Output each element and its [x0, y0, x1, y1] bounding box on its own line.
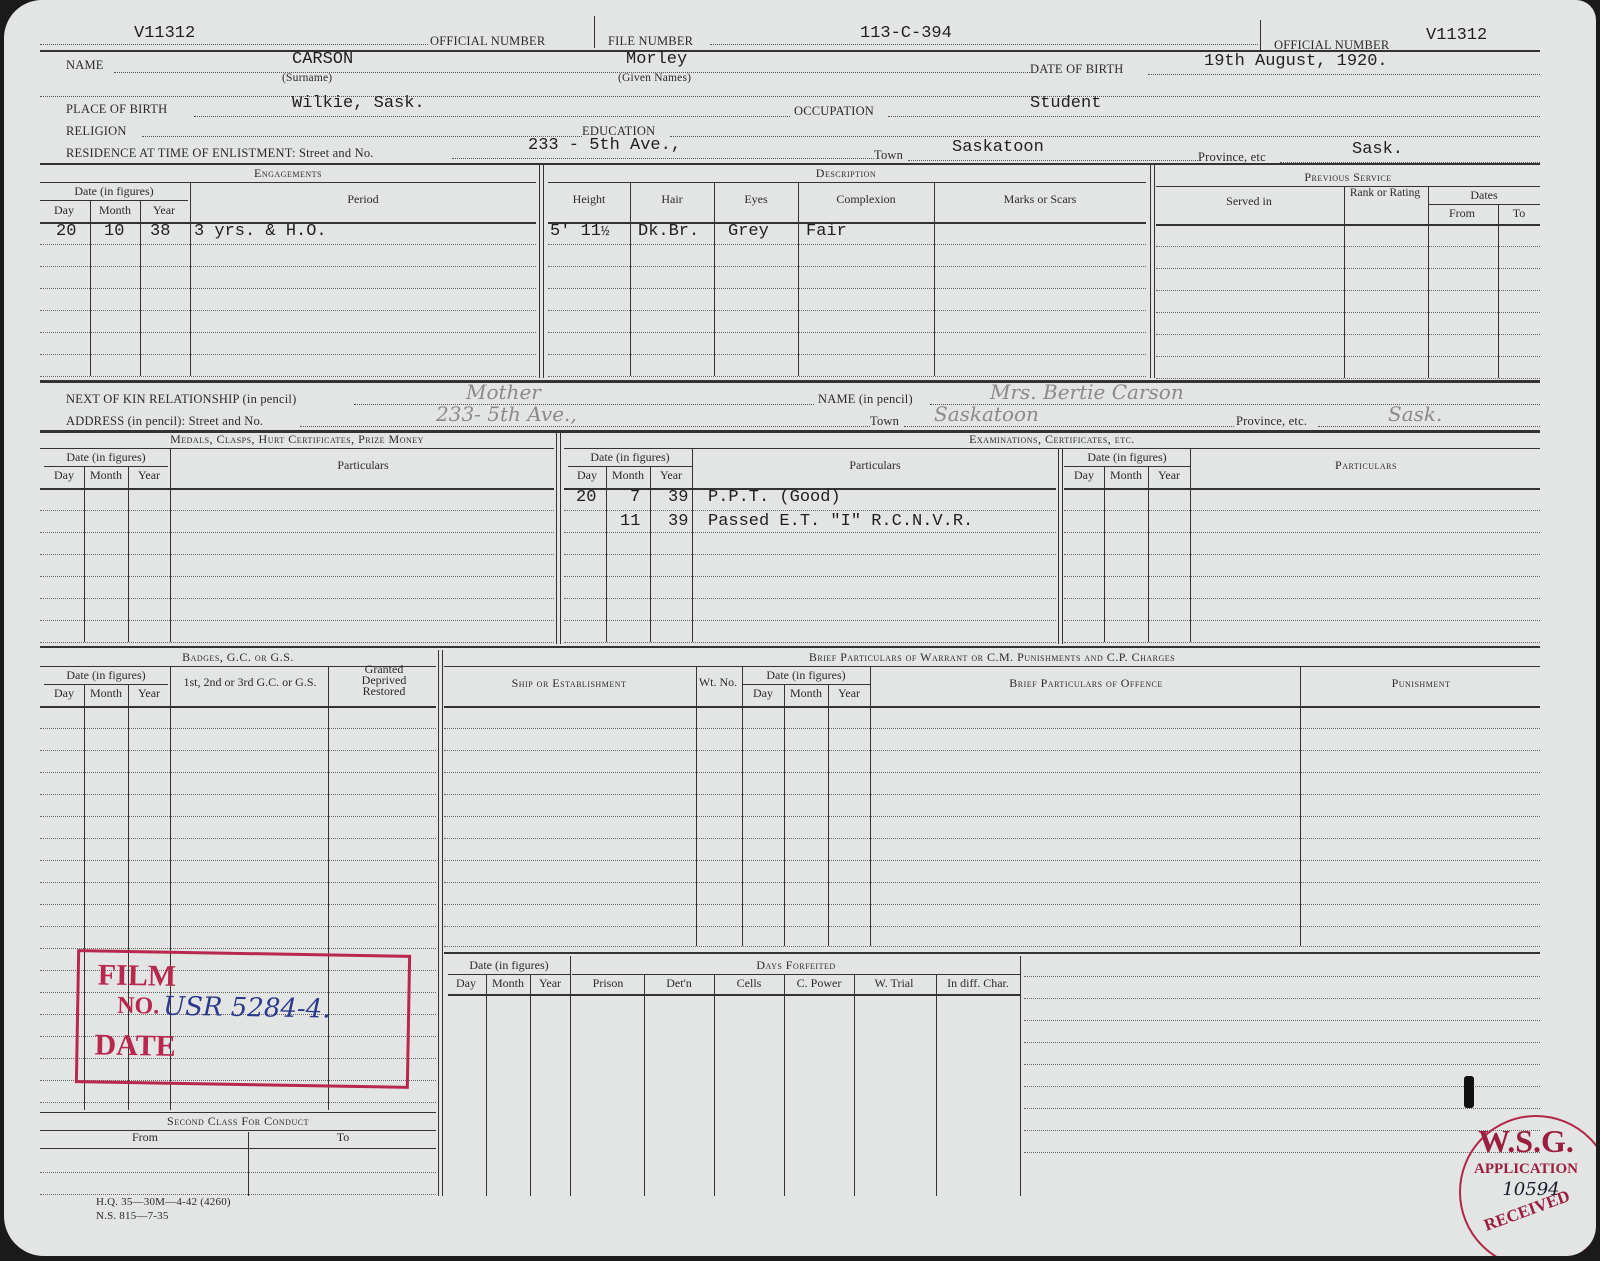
col-divider [530, 974, 531, 1196]
rule [448, 994, 1020, 996]
col-offence: Brief Particulars of Offence [872, 676, 1300, 691]
wsg-received-stamp: W.S.G. APPLICATION 10594 RECEIVED [1459, 1115, 1596, 1256]
town-label: Town [874, 148, 903, 163]
col-day: Day [742, 686, 784, 701]
complexion-value: Fair [806, 222, 847, 241]
rule [448, 974, 570, 975]
col-year: Year [530, 976, 570, 991]
col-divider [714, 974, 715, 1196]
col-height: Height [548, 192, 630, 207]
nok-province-label: Province, etc. [1236, 414, 1307, 429]
medals-date-header: Date (in figures) [44, 450, 168, 465]
col-divider [1428, 186, 1429, 378]
dob-line [1148, 74, 1540, 75]
col-period: Period [190, 192, 536, 207]
nok-address-line [300, 426, 870, 427]
rule [548, 182, 1146, 183]
pob-line [194, 116, 790, 117]
official-number-left: V11312 [134, 24, 195, 43]
col-divider [630, 182, 631, 376]
name-label: NAME [66, 58, 104, 73]
col-rank: Rank or Rating [1344, 188, 1426, 199]
residence-label: RESIDENCE AT TIME OF ENLISTMENT: Street … [66, 146, 374, 161]
divider [1260, 20, 1261, 52]
section-divider [556, 432, 561, 644]
nok-relationship: Mother [466, 380, 541, 404]
dob: 19th August, 1920. [1204, 52, 1388, 71]
col-month: Month [90, 203, 140, 218]
col-divider [784, 974, 785, 1196]
description-title: Description [548, 166, 1144, 181]
col-marks: Marks or Scars [934, 192, 1146, 207]
col-year: Year [128, 686, 170, 701]
eyes-value: Grey [728, 222, 769, 241]
official-number-right: V11312 [1426, 26, 1487, 45]
eng-period: 3 yrs. & H.O. [194, 222, 327, 241]
col-detn: Det'n [644, 976, 714, 991]
col-divider [828, 684, 829, 946]
col-in-diff-char: In diff. Char. [936, 976, 1020, 991]
rule [1156, 186, 1540, 187]
rule [572, 974, 1020, 975]
second-class-title: Second Class For Conduct [40, 1114, 436, 1129]
service-record-card: V11312 OFFICIAL NUMBER FILE NUMBER 113-C… [4, 0, 1596, 1256]
file-number-label: FILE NUMBER [608, 34, 693, 49]
col-month: Month [1104, 468, 1148, 483]
col-month: Month [84, 468, 128, 483]
rule [40, 380, 1540, 383]
col-complexion: Complexion [798, 192, 934, 207]
town-line [908, 160, 1198, 161]
rule [444, 706, 1540, 708]
rule [444, 666, 1540, 667]
education-line [670, 136, 1540, 137]
province: Sask. [1352, 140, 1403, 159]
col-year: Year [128, 468, 170, 483]
rule [44, 684, 168, 685]
rule [1064, 488, 1540, 490]
col-divider [798, 182, 799, 376]
rule [564, 448, 1540, 449]
rule [40, 163, 1540, 165]
col-hair: Hair [630, 192, 714, 207]
col-divider [714, 182, 715, 376]
film-number: USR 5284-4. [163, 992, 331, 1025]
col-day: Day [44, 686, 84, 701]
col-day: Day [44, 468, 84, 483]
punishments-date-header: Date (in figures) [742, 668, 870, 683]
col-punishment: Punishment [1302, 676, 1540, 691]
film-no-label: NO. [117, 993, 159, 1021]
col-divider [248, 1132, 249, 1196]
col-month: Month [606, 468, 650, 483]
place-of-birth: Wilkie, Sask. [292, 94, 425, 113]
col-eyes: Eyes [714, 192, 798, 207]
occupation: Student [1030, 94, 1101, 113]
col-month: Month [84, 686, 128, 701]
nok-province: Sask. [1388, 402, 1442, 426]
col-day: Day [448, 976, 484, 991]
official-number-label: OFFICIAL NUMBER [430, 34, 545, 49]
nok-name-label: NAME (in pencil) [818, 392, 913, 407]
residence-street: 233 - 5th Ave., [528, 136, 681, 155]
nok-town-line [904, 426, 1234, 427]
surname: CARSON [292, 50, 353, 69]
rule [1428, 204, 1540, 205]
rule [568, 466, 692, 467]
punishments-title: Brief Particulars of Warrant or C.M. Pun… [444, 650, 1540, 665]
exam-2-year: 39 [668, 512, 688, 531]
col-divider [784, 684, 785, 946]
col-divider [190, 182, 191, 376]
col-cells: Cells [714, 976, 784, 991]
col-divider [486, 974, 487, 1196]
section-divider [1150, 164, 1155, 378]
rule [1156, 224, 1540, 226]
col-prison: Prison [572, 976, 644, 991]
col-year: Year [650, 468, 692, 483]
wsg-title: W.S.G. [1471, 1123, 1581, 1160]
col-divider [854, 974, 855, 1196]
rule [40, 488, 554, 490]
col-day: Day [1064, 468, 1104, 483]
dotted-line [40, 96, 1540, 97]
col-year: Year [1148, 468, 1190, 483]
nok-line [354, 404, 814, 405]
badges-date-header: Date (in figures) [44, 668, 168, 683]
place-of-birth-label: PLACE OF BIRTH [66, 102, 167, 117]
rule [444, 952, 1540, 954]
form-code-2: N.S. 815—7-35 [96, 1210, 169, 1222]
section-divider [438, 650, 443, 1196]
col-dates: Dates [1428, 188, 1540, 203]
nok-address: 233- 5th Ave., [436, 402, 577, 426]
religion-line [142, 136, 582, 137]
df-date-header: Date (in figures) [448, 958, 570, 973]
rule [40, 646, 1540, 648]
engagements-title: Engagements [40, 166, 536, 181]
previous-service-title: Previous Service [1156, 170, 1540, 185]
exam-2-particulars: Passed E.T. "I" R.C.N.V.R. [708, 512, 973, 531]
col-divider [1498, 204, 1499, 378]
rule [40, 200, 188, 201]
col-divider [170, 448, 171, 642]
col-day: Day [568, 468, 606, 483]
col-to: To [250, 1130, 436, 1145]
religion-label: RELIGION [66, 124, 127, 139]
rule [40, 448, 554, 449]
rule [40, 1148, 436, 1149]
section-divider [1058, 448, 1063, 644]
film-stamp: FILM NO. USR 5284-4. DATE [75, 949, 411, 1089]
exam-right-date-header: Date (in figures) [1064, 450, 1190, 465]
nok-relationship-label: NEXT OF KIN RELATIONSHIP (in pencil) [66, 392, 296, 407]
section-divider [539, 164, 544, 378]
col-divider [1020, 956, 1021, 1196]
residence-line [452, 158, 874, 159]
col-year: Year [140, 203, 188, 218]
eng-day: 20 [56, 222, 76, 241]
rule [44, 466, 168, 467]
col-day: Day [40, 203, 88, 218]
exam-1-particulars: P.P.T. (Good) [708, 488, 841, 507]
col-to: To [1498, 206, 1540, 221]
col-particulars: Particulars [694, 458, 1056, 473]
name-line [114, 72, 1030, 73]
form-code-1: H.Q. 35—30M—4-42 (4260) [96, 1196, 231, 1208]
col-divider [1344, 186, 1345, 378]
col-divider [936, 974, 937, 1196]
col-divider [692, 448, 693, 642]
occupation-line [888, 116, 1540, 117]
col-month: Month [486, 976, 530, 991]
exam-1-day: 20 [576, 488, 596, 507]
col-ship: Ship or Establishment [444, 676, 694, 691]
dob-label: DATE OF BIRTH [1030, 62, 1124, 77]
wsg-application: APPLICATION [1453, 1161, 1596, 1178]
col-c-power: C. Power [784, 976, 854, 991]
punch-hole [1464, 1076, 1474, 1108]
file-number: 113-C-394 [860, 24, 952, 43]
rule [40, 1112, 436, 1113]
nok-address-label: ADDRESS (in pencil): Street and No. [66, 414, 263, 429]
col-from: From [40, 1130, 250, 1145]
col-divider [570, 956, 571, 1196]
col-divider [1190, 448, 1191, 642]
nok-name: Mrs. Bertie Carson [990, 380, 1184, 404]
nok-town: Saskatoon [934, 402, 1039, 426]
file-number-line [710, 44, 1258, 45]
rule [40, 706, 436, 708]
height-value: 5' 11½ [550, 222, 609, 241]
col-month: Month [784, 686, 828, 701]
medals-title: Medals, Clasps, Hurt Certificates, Prize… [40, 432, 554, 447]
hair-value: Dk.Br. [638, 222, 699, 241]
exam-1-month: 7 [630, 488, 640, 507]
eng-year: 38 [150, 222, 170, 241]
official-number-line [40, 44, 428, 45]
exam-1-year: 39 [668, 488, 688, 507]
exam-date-header: Date (in figures) [568, 450, 692, 465]
col-divider [934, 182, 935, 376]
df-title: Days Forfeited [572, 958, 1020, 973]
rule [40, 182, 536, 183]
divider [594, 16, 595, 48]
col-from: From [1428, 206, 1496, 221]
col-year: Year [828, 686, 870, 701]
engagements-date-header: Date (in figures) [40, 184, 188, 199]
eng-month: 10 [104, 222, 124, 241]
col-divider [644, 974, 645, 1196]
given-names-caption: (Given Names) [618, 72, 691, 84]
col-wt-no: Wt. No. [696, 676, 740, 688]
occupation-label: OCCUPATION [794, 104, 874, 119]
col-granted: Granted Deprived Restored [344, 664, 424, 697]
col-w-trial: W. Trial [854, 976, 934, 991]
nok-town-label: Town [870, 414, 899, 429]
examinations-title: Examinations, Certificates, etc. [564, 432, 1540, 447]
col-right-particulars: Particulars [1192, 458, 1540, 473]
col-gc: 1st, 2nd or 3rd G.C. or G.S. [180, 676, 320, 688]
film-label: FILM [97, 958, 176, 993]
nok-province-line [1318, 426, 1540, 427]
town: Saskatoon [952, 138, 1044, 157]
exam-2-month: 11 [620, 512, 640, 531]
col-served-in: Served in [1156, 194, 1342, 209]
film-date-label: DATE [94, 1028, 176, 1063]
given-names: Morley [626, 50, 687, 69]
col-particulars: Particulars [172, 458, 554, 473]
rule [1064, 466, 1190, 467]
rule [742, 684, 870, 685]
surname-caption: (Surname) [282, 72, 332, 84]
